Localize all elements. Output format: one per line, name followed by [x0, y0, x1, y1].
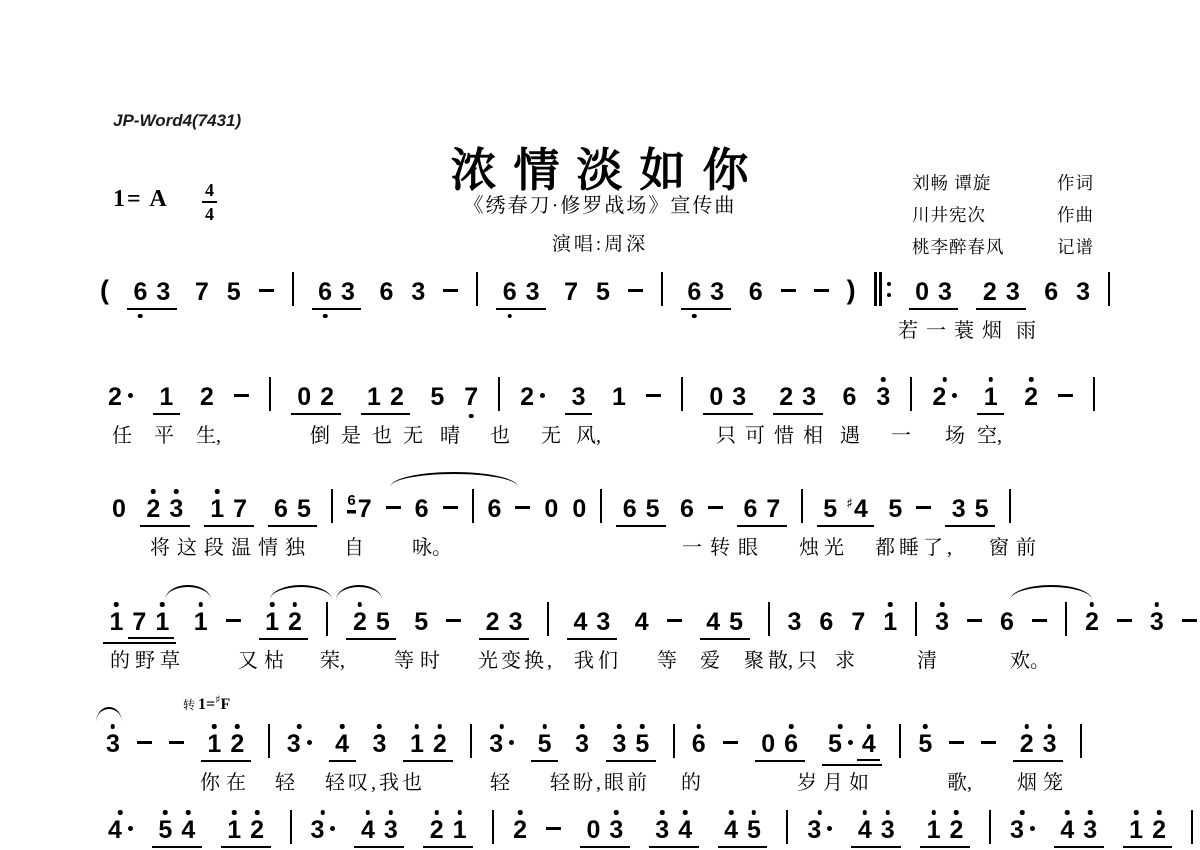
duration-dash: [949, 741, 964, 745]
augmentation-dot: [128, 393, 133, 398]
beam-group: 03: [703, 384, 753, 415]
beam-group: 63: [127, 279, 177, 310]
note: 6: [488, 497, 502, 522]
lyric-syllable: 生,: [196, 419, 221, 448]
duration-dash: [515, 506, 530, 510]
note: 4: [335, 732, 349, 757]
note: 2: [1024, 385, 1038, 410]
beam-group: 5♯4: [817, 495, 875, 527]
lyric-syllable: 你在: [200, 766, 252, 795]
augmentation-dot: [128, 826, 133, 831]
note: 3: [1083, 818, 1097, 843]
note: 5: [297, 497, 311, 522]
duration-dash: [443, 506, 458, 510]
note: 2: [1020, 732, 1034, 757]
credit-name: 桃李醉春风: [912, 234, 1005, 259]
beam-group: 54: [822, 731, 883, 766]
note: 2: [353, 610, 367, 635]
bar-line: [1093, 377, 1095, 411]
bar-line: [989, 810, 991, 844]
note: 3: [807, 818, 832, 843]
note: 6: [503, 280, 517, 305]
beam-group: 63: [496, 279, 546, 310]
note: 3: [287, 732, 312, 757]
lyric-syllable: 风,: [576, 419, 601, 448]
note: 5: [828, 732, 853, 757]
note: 1: [155, 610, 169, 635]
note: 2: [513, 818, 527, 843]
beam-group: 43: [354, 817, 404, 848]
bar-line: [1065, 602, 1067, 636]
note: 7: [195, 280, 209, 305]
note: 2: [146, 497, 160, 522]
music-line: (637563636375636)032363若一蓑烟雨: [100, 272, 1128, 310]
note: 3: [1076, 280, 1090, 305]
bar-line: [268, 724, 270, 758]
lyric-syllable: 轻: [275, 766, 295, 795]
lyric-syllable: 歌,: [947, 766, 972, 795]
beam-group: 34: [649, 817, 699, 848]
lyric-syllable: 雨: [1016, 314, 1036, 343]
bar-line: [1080, 724, 1082, 758]
note: 1: [227, 818, 241, 843]
note: 0: [761, 732, 775, 757]
augmentation-dot: [952, 393, 957, 398]
augmentation-dot: [1030, 826, 1035, 831]
note: 4: [862, 732, 876, 757]
note: 4: [706, 610, 720, 635]
note: 0: [709, 385, 723, 410]
augmentation-dot: [827, 826, 832, 831]
parenthesis: ): [847, 275, 856, 305]
augmentation-dot: [540, 393, 545, 398]
slur-tie: [165, 585, 211, 600]
bar-line: [472, 489, 474, 523]
lyric-row: 若一蓑烟雨: [100, 314, 1200, 342]
beam-group: 67: [737, 496, 787, 527]
lyric-syllable: 聚: [744, 644, 764, 673]
note: 3: [876, 385, 890, 410]
note: 3: [1006, 280, 1020, 305]
note: 1: [159, 385, 173, 410]
note: 3: [881, 818, 895, 843]
note: 3: [526, 280, 540, 305]
bar-line: [290, 810, 292, 844]
credit-role: 作曲: [1057, 202, 1094, 227]
note: 2: [250, 818, 264, 843]
lyric-syllable: 只: [797, 644, 817, 673]
beam-group: 45: [718, 817, 768, 848]
note: 1: [883, 610, 897, 635]
note: 0: [572, 497, 586, 522]
lyric-syllable: 轻叹,我也: [325, 766, 425, 795]
note: 5: [747, 818, 761, 843]
repeat-dots: [887, 282, 891, 297]
note: 6: [318, 280, 332, 305]
lyric-syllable: 岁月如: [797, 766, 875, 795]
duration-dash: [1182, 619, 1197, 623]
lyric-row: 任平生,倒是也无晴也无风,只可惜相遇一场空,: [108, 419, 1200, 447]
beam-group: 12: [403, 731, 453, 762]
note: 2: [1152, 818, 1166, 843]
bar-line: [331, 489, 333, 523]
lyric-syllable: 光变换,: [478, 644, 555, 673]
note: 5: [158, 818, 172, 843]
note: 5: [975, 497, 989, 522]
note: 0: [297, 385, 311, 410]
lyric-syllable: 场: [945, 419, 965, 448]
note: 1: [367, 385, 381, 410]
beam-group: 03: [580, 817, 630, 848]
note: 3: [1043, 732, 1057, 757]
duration-dash: [916, 506, 931, 510]
lyric-syllable: 等时: [394, 644, 446, 673]
beam-group: 54: [152, 817, 202, 848]
beam-group: 12: [221, 817, 271, 848]
note: 4: [858, 818, 872, 843]
repeat-dot: [887, 282, 891, 286]
beam-group: 63: [681, 279, 731, 310]
note: 0: [915, 280, 929, 305]
note: 3: [802, 385, 816, 410]
sharp-icon: ♯: [215, 693, 220, 706]
lyric-syllable: 轻盼,眼前: [550, 766, 650, 795]
note: 1: [194, 610, 208, 635]
duration-dash: [446, 619, 461, 623]
music-line: 212021257231032363212任平生,倒是也无晴也无风,只可惜相遇一…: [108, 377, 1115, 415]
note: 1: [927, 818, 941, 843]
beam-group: 06: [755, 731, 805, 762]
lyric-syllable: 的野草: [110, 644, 185, 673]
note: 2: [200, 385, 214, 410]
lyric-syllable: 荣,: [320, 644, 345, 673]
note: 2: [950, 818, 964, 843]
repeat-sign: [874, 272, 891, 306]
lyric-syllable: 无: [541, 419, 561, 448]
lyric-syllable: 轻: [490, 766, 510, 795]
note: 3: [732, 385, 746, 410]
lyric-row: 你在轻轻叹,我也轻轻盼,眼前的岁月如歌,烟笼: [106, 766, 1200, 794]
note: 5: [729, 610, 743, 635]
note: 1: [453, 818, 467, 843]
note: 3: [1150, 610, 1164, 635]
note: 5: [823, 497, 837, 522]
credit-composer: 川井宪次 作曲: [912, 202, 1094, 227]
credit-role: 记谱: [1057, 234, 1094, 259]
bar-line: [476, 272, 478, 306]
bar-line: [326, 602, 328, 636]
lyric-syllable: 晴: [440, 419, 460, 448]
beam-group: 12: [920, 817, 970, 848]
beam-group: 12: [259, 609, 309, 640]
note: 5: [646, 497, 660, 522]
lyric-syllable: 咏。: [412, 531, 452, 560]
bar-line: [600, 489, 602, 523]
bar-line: [786, 810, 788, 844]
note: 3: [596, 610, 610, 635]
duration-dash: [814, 289, 829, 293]
note: 5: [376, 610, 390, 635]
lyric-syllable: 自: [344, 531, 364, 560]
duration-dash: [1117, 619, 1132, 623]
lyric-syllable: 将这段温情独: [150, 531, 312, 560]
duration-dash: [628, 289, 643, 293]
beam-group: 23: [479, 609, 529, 640]
lyric-row: 的野草又枯荣,等时光变换,我们等爱聚散,只求清欢。: [103, 644, 1200, 672]
meter-denominator: 4: [202, 203, 217, 223]
note: 0: [544, 497, 558, 522]
note: 3: [952, 497, 966, 522]
beam-group: 23: [773, 384, 823, 415]
duration-dash: [967, 619, 982, 623]
note: 0: [586, 818, 600, 843]
note: 4: [1060, 818, 1074, 843]
note: 5: [918, 732, 932, 757]
note: 1: [410, 732, 424, 757]
note: 3: [311, 818, 336, 843]
song-subtitle: 《绣春刀·修罗战场》宣传曲: [464, 189, 737, 218]
lyric-syllable: 遇: [840, 419, 860, 448]
augmentation-dot: [509, 740, 514, 745]
note: 3: [156, 280, 170, 305]
note: 1: [110, 610, 124, 635]
beam-group: 02: [291, 384, 341, 415]
repeat-bar: [879, 272, 882, 306]
note: 5: [430, 385, 444, 410]
credit-name: 川井宪次: [912, 202, 986, 227]
note: 3: [710, 280, 724, 305]
lyric-syllable: 的: [681, 766, 701, 795]
bar-line: [292, 272, 294, 306]
bar-line: [681, 377, 683, 411]
lyric-syllable: 等: [657, 644, 677, 673]
note: 2: [320, 385, 334, 410]
note: 3: [373, 732, 387, 757]
note: 7: [564, 280, 578, 305]
bar-line: [498, 377, 500, 411]
slur-tie: [270, 585, 332, 600]
music-line: 312343123533560654523转1=♯F你在轻轻叹,我也轻轻盼,眼前…: [106, 724, 1099, 766]
music-line: 171112255234344536713623的野草又枯荣,等时光变换,我们等…: [103, 602, 1200, 644]
note: 7: [132, 610, 146, 635]
beam-group: 3: [565, 384, 592, 415]
note: 6: [623, 497, 637, 522]
lyric-syllable: 烛光: [799, 531, 849, 560]
beam-group: 65: [616, 496, 666, 527]
duration-dash: [646, 394, 661, 398]
key-signature: 1= A: [113, 186, 169, 213]
music-line: 454123432120334453431234312: [108, 810, 1200, 848]
lyric-syllable: 任: [112, 419, 132, 448]
slur-tie: [96, 707, 122, 722]
note: 6: [749, 280, 763, 305]
watermark-text: JP-Word4(7431): [113, 111, 241, 131]
note: 2: [932, 385, 957, 410]
beam-group: 12: [1123, 817, 1173, 848]
note: 3: [509, 610, 523, 635]
note: 2: [486, 610, 500, 635]
beam-group: 17: [204, 496, 254, 527]
note: 6: [134, 280, 148, 305]
bar-line: [269, 377, 271, 411]
note: 2: [108, 385, 133, 410]
beam-group: 21: [423, 817, 473, 848]
duration-dash: [137, 741, 152, 745]
note: 4: [724, 818, 738, 843]
beam-group: 4: [329, 731, 356, 762]
beam-subgroup: 4: [857, 732, 880, 761]
note: 3: [384, 818, 398, 843]
note: 3: [935, 610, 949, 635]
beam-group: 65: [268, 496, 318, 527]
duration-dash: [169, 741, 184, 745]
bar-line: [661, 272, 663, 306]
duration-dash: [443, 289, 458, 293]
bar-line: [492, 810, 494, 844]
duration-dash: [723, 741, 738, 745]
bar-line: [899, 724, 901, 758]
lyric-syllable: 也: [490, 419, 510, 448]
lyric-syllable: 一转眼: [682, 531, 766, 560]
note: 3: [609, 818, 623, 843]
note: 3: [572, 385, 586, 410]
note: 3: [575, 732, 589, 757]
note: 4: [678, 818, 692, 843]
singer-line: 演唱:周深: [552, 229, 648, 256]
note: 2: [390, 385, 404, 410]
bar-line: [1009, 489, 1011, 523]
lyric-syllable: 只可惜相: [716, 419, 832, 448]
note: 6: [1044, 280, 1058, 305]
note: 6: [692, 732, 706, 757]
beam-group: 171: [103, 609, 176, 644]
beam-group: 35: [606, 731, 656, 762]
note: 3: [106, 732, 120, 757]
bar-line: [673, 724, 675, 758]
repeat-bar: [874, 272, 877, 306]
duration-dash: [234, 394, 249, 398]
note: 6: [819, 610, 833, 635]
beam-group: 5: [531, 731, 558, 762]
note: ♯4: [846, 496, 868, 522]
slur-tie: [1010, 585, 1092, 600]
note: 1: [210, 497, 224, 522]
time-signature: 4 4: [202, 181, 217, 223]
note: 4: [573, 610, 587, 635]
lyric-row: 将这段温情独自咏。一转眼烛光都睡了,窗前: [112, 531, 1200, 559]
augmentation-dot: [307, 740, 312, 745]
note: 2: [430, 818, 444, 843]
credits-block: 刘畅 谭旋 作词 川井宪次 作曲 桃李醉春风 记谱: [912, 170, 1094, 266]
lyric-syllable: 爱: [700, 644, 720, 673]
credit-lyricist: 刘畅 谭旋 作词: [912, 170, 1094, 195]
duration-dash: [667, 619, 682, 623]
slur-tie: [390, 472, 518, 487]
note: 4: [635, 610, 649, 635]
music-line: 0231765676600656675♯4535将这段温情独自咏。一转眼烛光都睡…: [112, 489, 1025, 527]
note: 6: [680, 497, 694, 522]
note: 6: [687, 280, 701, 305]
note: 6: [274, 497, 288, 522]
credit-transcriber: 桃李醉春风 记谱: [912, 234, 1094, 259]
beam-group: 63: [312, 279, 362, 310]
accidental: ♯: [846, 496, 853, 512]
credit-role: 作词: [1057, 170, 1094, 195]
note: 2: [288, 610, 302, 635]
note: 4: [361, 818, 375, 843]
note: 2: [779, 385, 793, 410]
note: 1: [612, 385, 626, 410]
duration-dash: [1032, 619, 1047, 623]
note: 6: [843, 385, 857, 410]
lyric-syllable: 我们: [574, 644, 622, 673]
lyric-syllable: 欢。: [1010, 644, 1050, 673]
note: 1: [265, 610, 279, 635]
note: 1: [984, 385, 998, 410]
note: 3: [1010, 818, 1035, 843]
note: 4: [108, 818, 133, 843]
note: 1: [1129, 818, 1143, 843]
beam-group: 12: [201, 731, 251, 762]
lyric-syllable: 都睡了,: [875, 531, 956, 560]
note: 5: [414, 610, 428, 635]
beam-group: 1: [153, 384, 180, 415]
beam-group: 23: [140, 496, 190, 527]
note: 3: [411, 280, 425, 305]
note: 6: [379, 280, 393, 305]
lyric-syllable: 空,: [977, 419, 1002, 448]
note: 5: [227, 280, 241, 305]
note: 0: [112, 497, 126, 522]
duration-dash: [781, 289, 796, 293]
slur-tie: [336, 585, 382, 600]
lyric-syllable: 又枯: [238, 644, 290, 673]
note: 3: [489, 732, 514, 757]
beam-group: 25: [346, 609, 396, 640]
bar-line: [801, 489, 803, 523]
lyric-syllable: 若一蓑烟: [898, 314, 1010, 343]
parenthesis: (: [100, 275, 109, 305]
note: 2: [520, 385, 545, 410]
lyric-syllable: 清: [917, 644, 937, 673]
lyric-syllable: 求: [835, 644, 855, 673]
note: 6: [415, 497, 429, 522]
beam-group: 45: [700, 609, 750, 640]
note: 3: [655, 818, 669, 843]
bar-line: [470, 724, 472, 758]
duration-dash: [386, 506, 401, 510]
beam-group: 43: [1054, 817, 1104, 848]
beam-group: 03: [909, 279, 959, 310]
lyric-syllable: 散,: [768, 644, 793, 673]
repeat-dot: [887, 293, 891, 297]
note: 3: [612, 732, 626, 757]
bar-line: [768, 602, 770, 636]
note: 2: [1085, 610, 1099, 635]
bar-line: [1108, 272, 1110, 306]
duration-dash: [226, 619, 241, 623]
note: 7: [851, 610, 865, 635]
note: 2: [433, 732, 447, 757]
lyric-syllable: 倒是也无: [310, 419, 434, 448]
beam-group: 1: [977, 384, 1004, 415]
note: 5: [538, 732, 552, 757]
note: 7: [358, 497, 372, 522]
beam-group: 35: [945, 496, 995, 527]
duration-dash: [546, 827, 561, 831]
beam-subgroup: 71: [128, 610, 174, 639]
note: 2: [983, 280, 997, 305]
